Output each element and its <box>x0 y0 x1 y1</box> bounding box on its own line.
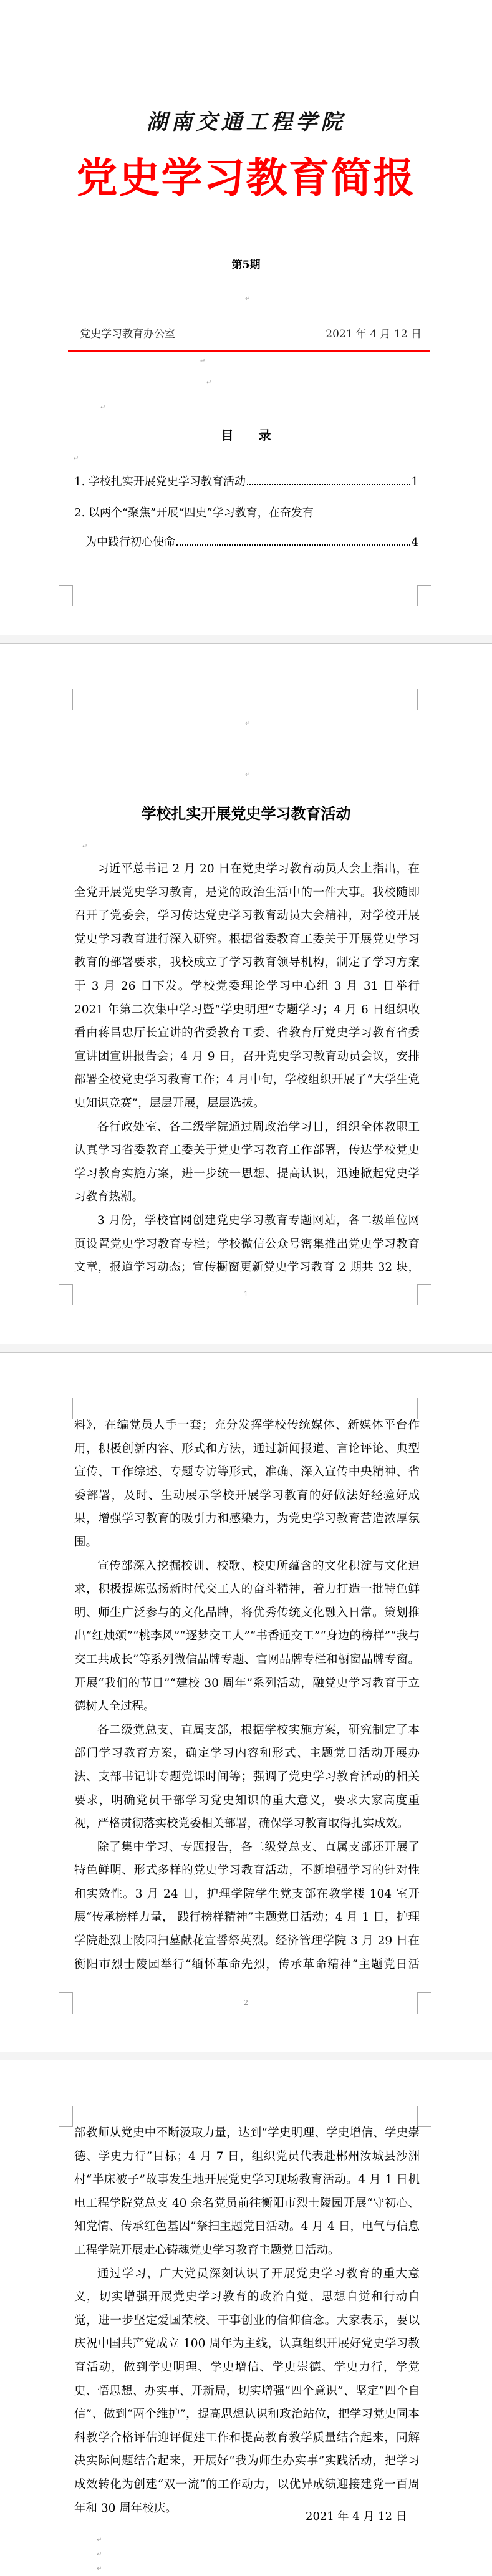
paragraph-mark: ↵ <box>97 2551 102 2558</box>
toc-item-1[interactable]: 1. 学校扎实开展党史学习教育活动 1 <box>74 473 418 489</box>
toc-leader-dots <box>247 484 410 485</box>
toc-item-page: 4 <box>412 536 418 549</box>
school-name: 湖南交通工程学院 <box>0 105 492 135</box>
paragraph-mark: ↵ <box>74 455 79 462</box>
paragraph-mark: ↵ <box>100 404 105 411</box>
toc-item-label: 为中践行初心使命 <box>85 533 175 549</box>
page-break <box>0 635 492 644</box>
paragraph: 习近平总书记 2 月 20 日在党史学习教育动员大会上指出，在全党开展党史学习教… <box>74 857 420 1116</box>
crop-mark <box>59 689 73 710</box>
toc-item-label: 2. 以两个“聚焦”开展“四史”学习教育，在奋发有 <box>74 504 314 520</box>
paragraph-mark: ↵ <box>97 2537 102 2544</box>
masthead-row: 党史学习教育办公室 2021 年 4 月 12 日 <box>80 325 422 340</box>
paragraph-mark: ↵ <box>206 379 211 386</box>
toc-title: 目录 <box>0 425 492 443</box>
page-cover: 湖南交通工程学院 党史学习教育简报 第5期 ↵ 党史学习教育办公室 2021 年… <box>0 0 492 635</box>
paragraph-mark: ↵ <box>200 358 205 365</box>
toc-item-2-cont[interactable]: 为中践行初心使命 4 <box>85 533 418 549</box>
article-body-page-3: 料》，在编党员人手一套；充分发挥学校传统媒体、新媒体平台作用，积极创新内容、形式… <box>74 1414 420 1975</box>
crop-mark <box>59 585 73 606</box>
paragraph: 3 月份，学校官网创建党史学习教育专题网站，各二级单位网页设置党史学习教育专栏；… <box>74 1209 420 1281</box>
page-break <box>0 1344 492 1353</box>
article-body-page-4: 部教师从党史中不断汲取力量，达到“学史明理、学史增信、学史崇德、学史力行”目标；… <box>74 2121 420 2520</box>
paragraph: 除了集中学习、专题报告，各二级党总支、直属支部还开展了特色鲜明、形式多样的党史学… <box>74 1836 420 1975</box>
crop-mark <box>59 1398 73 1419</box>
signature-date: 2021 年 4 月 12 日 <box>306 2507 407 2524</box>
toc-item-label: 1. 学校扎实开展党史学习教育活动 <box>74 473 246 489</box>
brief-title: 党史学习教育简报 <box>0 145 492 204</box>
toc-item-page: 1 <box>412 475 418 488</box>
issue-date: 2021 年 4 月 12 日 <box>326 325 422 340</box>
article-title: 学校扎实开展党史学习教育活动 <box>0 801 492 823</box>
paragraph-mark: ↵ <box>245 720 250 727</box>
paragraph-mark: ↵ <box>97 2565 102 2572</box>
issue-number: 第5期 <box>0 256 492 271</box>
red-divider <box>68 350 430 352</box>
office-name: 党史学习教育办公室 <box>80 325 175 340</box>
paragraph: 料》，在编党员人手一套；充分发挥学校传统媒体、新媒体平台作用，积极创新内容、形式… <box>74 1414 420 1555</box>
paragraph-mark: ↵ <box>82 843 87 850</box>
paragraph: 宣传部深入挖掘校训、校歌、校史所蕴含的文化积淀与文化追求，积极提炼弘扬新时代交工… <box>74 1555 420 1719</box>
crop-mark <box>59 2106 73 2127</box>
paragraph-mark: ↵ <box>245 296 250 302</box>
paragraph: 各二级党总支、直属支部，根据学校实施方案，研究制定了本部门学习教育方案，确定学习… <box>74 1719 420 1836</box>
paragraph-mark: ↵ <box>245 771 250 778</box>
crop-mark <box>417 585 431 606</box>
toc-leader-dots <box>176 544 410 546</box>
page-number: 2 <box>0 1999 492 2007</box>
page-number: 1 <box>0 1290 492 1298</box>
paragraph: 通过学习，广大党员深刻认识了开展党史学习教育的重大意义，切实增强开展党史学习教育… <box>74 2262 420 2521</box>
paragraph: 各行政处室、各二级学院通过周政治学习日，组织全体教职工认真学习省委教育工委关于党… <box>74 1116 420 1209</box>
paragraph: 部教师从党史中不断汲取力量，达到“学史明理、学史增信、学史崇德、学史力行”目标；… <box>74 2121 420 2262</box>
page-break <box>0 2052 492 2060</box>
toc-item-2[interactable]: 2. 以两个“聚焦”开展“四史”学习教育，在奋发有 <box>74 504 418 520</box>
article-body-page-2: 习近平总书记 2 月 20 日在党史学习教育动员大会上指出，在全党开展党史学习教… <box>74 857 420 1281</box>
crop-mark <box>417 689 431 710</box>
